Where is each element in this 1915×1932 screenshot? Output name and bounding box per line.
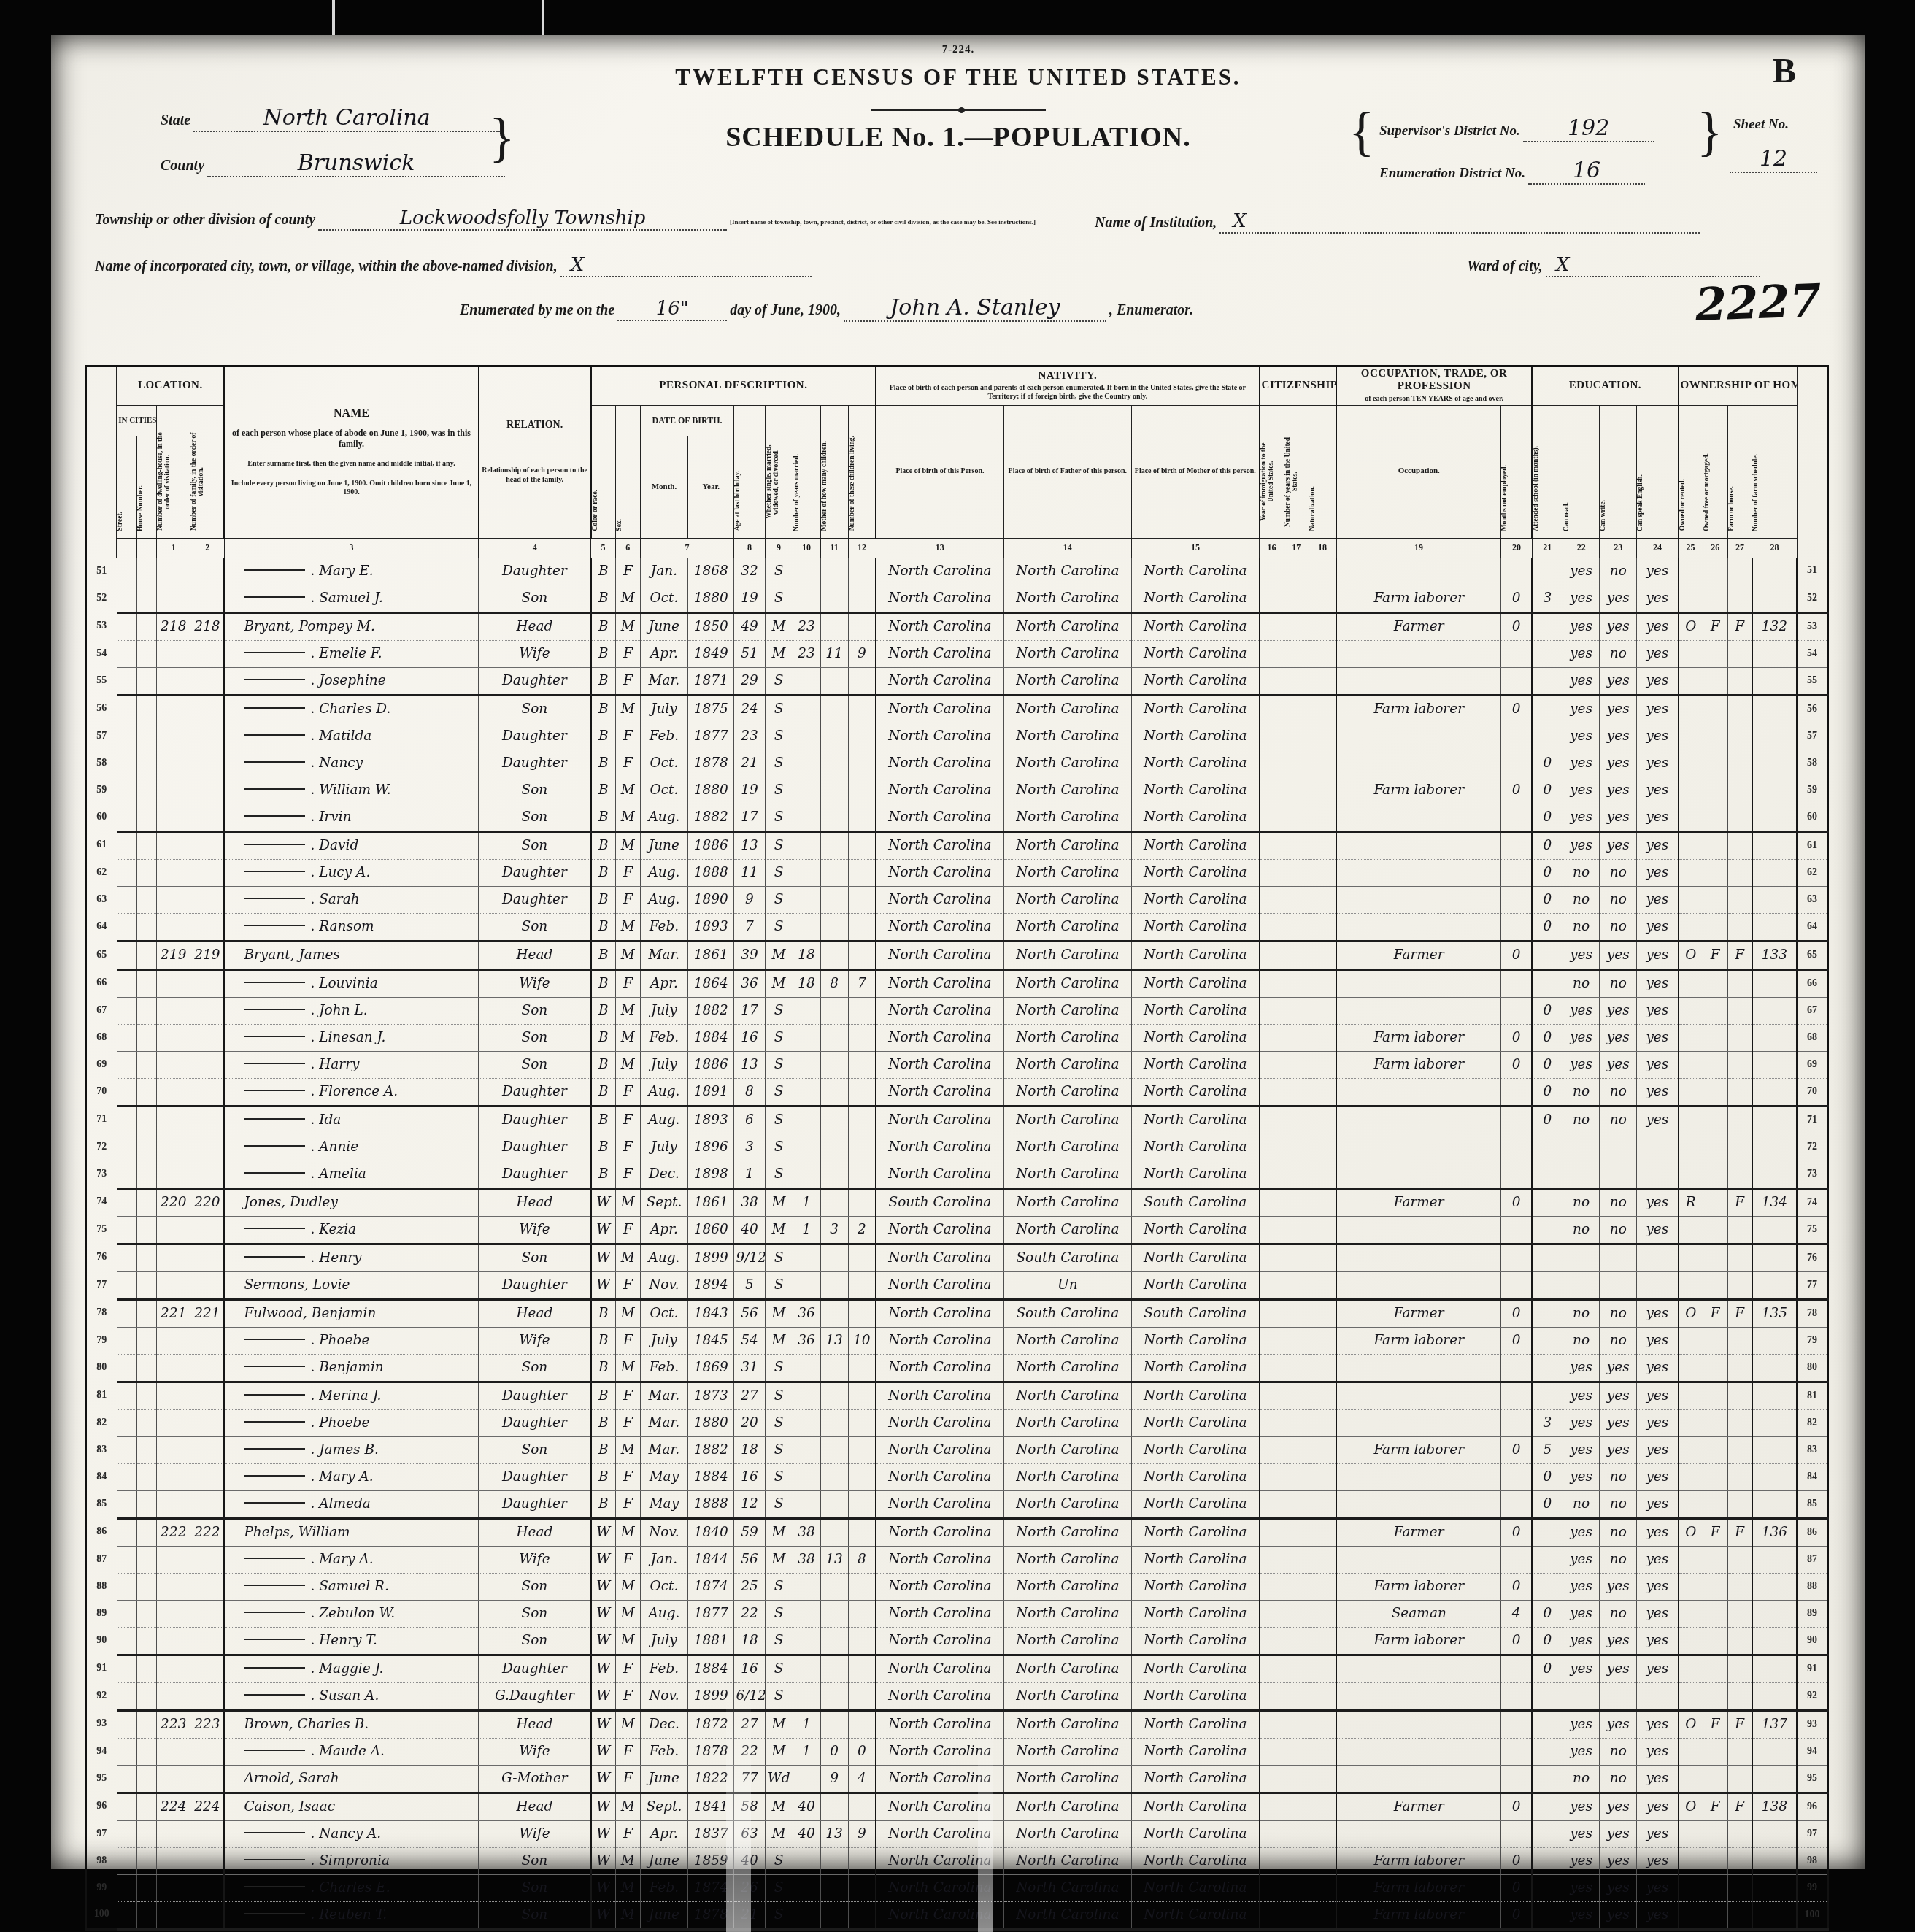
can-read: no xyxy=(1563,913,1600,941)
father-birthplace: North Carolina xyxy=(1003,585,1131,612)
supervisor-no: 192 xyxy=(1568,115,1609,141)
father-birthplace: North Carolina xyxy=(1003,1106,1131,1134)
attended-school xyxy=(1532,1793,1563,1820)
person-name: Bryant, James xyxy=(224,941,478,969)
color-race: W xyxy=(591,1682,616,1710)
mother-birthplace: North Carolina xyxy=(1131,1765,1259,1793)
line-number-right: 67 xyxy=(1797,997,1827,1024)
owned-rented: O xyxy=(1679,1793,1703,1820)
mother-of-children xyxy=(820,1078,848,1106)
birthplace: North Carolina xyxy=(876,1600,1003,1627)
line-number-left: 80 xyxy=(86,1354,117,1382)
marital-status: S xyxy=(765,1244,793,1271)
birth-month: July xyxy=(640,997,687,1024)
col-years-in-us: Number of years in the United States. xyxy=(1284,405,1309,538)
person-row: 92. Susan A.G.DaughterWFNov.18996/12SNor… xyxy=(86,1682,1828,1710)
owned-rented: O xyxy=(1679,612,1703,640)
house-number xyxy=(136,1078,156,1106)
occupation: Farm laborer xyxy=(1336,777,1501,804)
mother-birthplace: North Carolina xyxy=(1131,1244,1259,1271)
column-number xyxy=(136,538,156,558)
col-mother-of: Mother of how many children. xyxy=(820,405,848,538)
column-number: 6 xyxy=(615,538,640,558)
house-number xyxy=(136,1820,156,1847)
can-speak-english: yes xyxy=(1637,612,1679,640)
marital-status: S xyxy=(765,1382,793,1409)
family-number: 220 xyxy=(190,1188,224,1216)
dwelling-number xyxy=(157,750,190,777)
owned-rented xyxy=(1679,558,1703,585)
immigration-year xyxy=(1260,941,1284,969)
farm-or-house xyxy=(1727,1463,1752,1490)
farm-or-house: F xyxy=(1727,1518,1752,1546)
owned-rented xyxy=(1679,969,1703,997)
can-write: no xyxy=(1600,1463,1637,1490)
can-speak-english: yes xyxy=(1637,886,1679,913)
family-number xyxy=(190,1409,224,1436)
line-number-right: 60 xyxy=(1797,804,1827,831)
years-married xyxy=(793,1161,820,1188)
mother-of-children xyxy=(820,723,848,750)
owned-rented xyxy=(1679,1354,1703,1382)
sex: M xyxy=(615,1354,640,1382)
family-number xyxy=(190,558,224,585)
dwelling-number xyxy=(157,1600,190,1627)
birthplace: North Carolina xyxy=(876,640,1003,667)
age: 23 xyxy=(734,723,765,750)
years-in-us xyxy=(1284,1738,1309,1765)
children-living xyxy=(848,831,876,859)
line-number-left: 82 xyxy=(86,1409,117,1436)
father-birthplace: North Carolina xyxy=(1003,1134,1131,1161)
naturalization xyxy=(1309,1271,1336,1299)
house-number xyxy=(136,1901,156,1929)
group-relation: RELATION. Relationship of each person to… xyxy=(479,366,591,539)
father-birthplace: North Carolina xyxy=(1003,1573,1131,1600)
sex: F xyxy=(615,1106,640,1134)
owned-free-mortgaged xyxy=(1703,1820,1727,1847)
months-unemployed xyxy=(1501,1409,1532,1436)
street xyxy=(117,1490,136,1518)
can-write: yes xyxy=(1600,1409,1637,1436)
years-married xyxy=(793,558,820,585)
line-number-right: 76 xyxy=(1797,1244,1827,1271)
person-name: . Mary A. xyxy=(224,1463,478,1490)
street xyxy=(117,1546,136,1573)
years-in-us xyxy=(1284,941,1309,969)
line-number-right: 52 xyxy=(1797,585,1827,612)
person-name: . Maggie J. xyxy=(224,1655,478,1682)
group-ownership: OWNERSHIP OF HOME. xyxy=(1679,366,1798,406)
marital-status: S xyxy=(765,1490,793,1518)
line-number-right: 88 xyxy=(1797,1573,1827,1600)
can-read: yes xyxy=(1563,1820,1600,1847)
years-in-us xyxy=(1284,1546,1309,1573)
attended-school xyxy=(1532,1216,1563,1244)
person-row: 63. SarahDaughterBFAug.18909SNorth Carol… xyxy=(86,886,1828,913)
person-row: 95Arnold, SarahG-MotherWFJune182277Wd94N… xyxy=(86,1765,1828,1793)
farm-or-house xyxy=(1727,1327,1752,1354)
can-speak-english: yes xyxy=(1637,1655,1679,1682)
sex: M xyxy=(615,1710,640,1738)
house-number xyxy=(136,1327,156,1354)
can-speak-english: yes xyxy=(1637,1847,1679,1874)
continuation-dash xyxy=(244,1448,305,1450)
continuation-dash xyxy=(244,596,305,598)
sex: F xyxy=(615,1682,640,1710)
line-number-right: 98 xyxy=(1797,1847,1827,1874)
mother-birthplace: North Carolina xyxy=(1131,1490,1259,1518)
father-birthplace: North Carolina xyxy=(1003,941,1131,969)
children-living xyxy=(848,1051,876,1078)
color-race: B xyxy=(591,777,616,804)
sheet-no: 12 xyxy=(1760,146,1787,172)
person-name: . Simpronia xyxy=(224,1847,478,1874)
attended-school: 0 xyxy=(1532,1106,1563,1134)
column-number: 7 xyxy=(640,538,734,558)
father-birthplace: North Carolina xyxy=(1003,1188,1131,1216)
years-married: 40 xyxy=(793,1820,820,1847)
marital-status: S xyxy=(765,1161,793,1188)
line-number-left: 98 xyxy=(86,1847,117,1874)
relation: Daughter xyxy=(479,667,591,695)
family-number xyxy=(190,859,224,886)
marital-status: S xyxy=(765,1874,793,1901)
naturalization xyxy=(1309,1299,1336,1327)
street xyxy=(117,1436,136,1463)
county-line: County Brunswick xyxy=(161,150,505,177)
years-married xyxy=(793,859,820,886)
naturalization xyxy=(1309,1901,1336,1929)
attended-school xyxy=(1532,1327,1563,1354)
father-birthplace: North Carolina xyxy=(1003,640,1131,667)
person-name: Jones, Dudley xyxy=(224,1188,478,1216)
marital-status: S xyxy=(765,558,793,585)
months-unemployed: 4 xyxy=(1501,1600,1532,1627)
farm-schedule-number xyxy=(1752,723,1797,750)
state-value: North Carolina xyxy=(263,105,431,131)
father-birthplace: North Carolina xyxy=(1003,997,1131,1024)
relation: Daughter xyxy=(479,1409,591,1436)
can-write: yes xyxy=(1600,667,1637,695)
supervisor-line: Supervisor's District No. 192 xyxy=(1379,115,1654,142)
line-number-right: 65 xyxy=(1797,941,1827,969)
schedule-table-wrap: LOCATION. NAME of each person whose plac… xyxy=(51,365,1865,1931)
birth-year: 1880 xyxy=(688,1409,734,1436)
birth-year: 1869 xyxy=(688,1354,734,1382)
farm-schedule-number xyxy=(1752,1271,1797,1299)
dwelling-number xyxy=(157,913,190,941)
father-birthplace: North Carolina xyxy=(1003,1161,1131,1188)
immigration-year xyxy=(1260,831,1284,859)
can-read: yes xyxy=(1563,1024,1600,1051)
column-number: 12 xyxy=(848,538,876,558)
owned-free-mortgaged xyxy=(1703,1382,1727,1409)
color-race: W xyxy=(591,1874,616,1901)
person-name: Sermons, Lovie xyxy=(224,1271,478,1299)
person-row: 80. BenjaminSonBMFeb.186931SNorth Caroli… xyxy=(86,1354,1828,1382)
dwelling-number xyxy=(157,1244,190,1271)
mother-of-children xyxy=(820,1106,848,1134)
mother-birthplace: North Carolina xyxy=(1131,1874,1259,1901)
can-write: yes xyxy=(1600,1710,1637,1738)
house-number xyxy=(136,1847,156,1874)
can-speak-english: yes xyxy=(1637,1518,1679,1546)
line-number-left: 58 xyxy=(86,750,117,777)
birth-year: 1882 xyxy=(688,1436,734,1463)
birthplace: North Carolina xyxy=(876,585,1003,612)
relation: G.Daughter xyxy=(479,1682,591,1710)
person-name: . Matilda xyxy=(224,723,478,750)
years-married xyxy=(793,750,820,777)
col-naturalization: Naturalization. xyxy=(1309,405,1336,538)
years-married xyxy=(793,1134,820,1161)
birth-month: Oct. xyxy=(640,750,687,777)
years-in-us xyxy=(1284,1518,1309,1546)
birth-year: 1861 xyxy=(688,941,734,969)
age: 17 xyxy=(734,997,765,1024)
line-number-right: 58 xyxy=(1797,750,1827,777)
mother-of-children: 8 xyxy=(820,969,848,997)
children-living xyxy=(848,1409,876,1436)
owned-free-mortgaged xyxy=(1703,1463,1727,1490)
relation: Daughter xyxy=(479,1490,591,1518)
farm-or-house xyxy=(1727,1682,1752,1710)
house-number xyxy=(136,723,156,750)
col-farm-or-house: Farm or house. xyxy=(1727,405,1752,538)
mother-birthplace: North Carolina xyxy=(1131,1161,1259,1188)
birth-year: 1882 xyxy=(688,804,734,831)
birth-year: 1884 xyxy=(688,1024,734,1051)
months-unemployed xyxy=(1501,1382,1532,1409)
birthplace: North Carolina xyxy=(876,1327,1003,1354)
color-race: B xyxy=(591,558,616,585)
marital-status: M xyxy=(765,1738,793,1765)
family-number: 223 xyxy=(190,1710,224,1738)
column-number: 28 xyxy=(1752,538,1797,558)
dwelling-number xyxy=(157,804,190,831)
occupation: Farmer xyxy=(1336,1518,1501,1546)
immigration-year xyxy=(1260,1490,1284,1518)
attended-school: 0 xyxy=(1532,1655,1563,1682)
birth-month: Feb. xyxy=(640,913,687,941)
color-race: W xyxy=(591,1820,616,1847)
mother-of-children xyxy=(820,1271,848,1299)
col-years-married: Number of years married. xyxy=(793,405,820,538)
farm-schedule-number xyxy=(1752,1901,1797,1929)
mother-of-children: 13 xyxy=(820,1820,848,1847)
street xyxy=(117,913,136,941)
street xyxy=(117,640,136,667)
can-speak-english: yes xyxy=(1637,969,1679,997)
mother-of-children: 11 xyxy=(820,640,848,667)
immigration-year xyxy=(1260,997,1284,1024)
naturalization xyxy=(1309,1354,1336,1382)
color-race: B xyxy=(591,1134,616,1161)
immigration-year xyxy=(1260,1271,1284,1299)
can-speak-english: yes xyxy=(1637,913,1679,941)
years-in-us xyxy=(1284,667,1309,695)
birthplace: North Carolina xyxy=(876,1078,1003,1106)
family-number xyxy=(190,1024,224,1051)
can-speak-english: yes xyxy=(1637,1710,1679,1738)
owned-rented xyxy=(1679,1106,1703,1134)
farm-schedule-number: 132 xyxy=(1752,612,1797,640)
owned-free-mortgaged xyxy=(1703,997,1727,1024)
row-number-col-left xyxy=(86,366,117,558)
house-number xyxy=(136,1600,156,1627)
children-living xyxy=(848,777,876,804)
birth-year: 1822 xyxy=(688,1765,734,1793)
relation: Son xyxy=(479,1627,591,1655)
sheet-label: Sheet No. xyxy=(1733,117,1789,133)
color-race: B xyxy=(591,997,616,1024)
line-number-left: 91 xyxy=(86,1655,117,1682)
age: 7 xyxy=(734,913,765,941)
line-number-right: 61 xyxy=(1797,831,1827,859)
color-race: B xyxy=(591,640,616,667)
birthplace: North Carolina xyxy=(876,941,1003,969)
farm-schedule-number xyxy=(1752,1738,1797,1765)
can-speak-english: yes xyxy=(1637,1106,1679,1134)
continuation-dash xyxy=(244,652,305,653)
sex: M xyxy=(615,777,640,804)
years-in-us xyxy=(1284,1244,1309,1271)
relation: Head xyxy=(479,1299,591,1327)
mother-of-children xyxy=(820,750,848,777)
naturalization xyxy=(1309,723,1336,750)
person-name: . Phoebe xyxy=(224,1409,478,1436)
birthplace: North Carolina xyxy=(876,969,1003,997)
sex: M xyxy=(615,1024,640,1051)
house-number xyxy=(136,1271,156,1299)
relation: Son xyxy=(479,585,591,612)
col-pob-person: Place of birth of this Person. xyxy=(876,405,1003,538)
children-living xyxy=(848,1134,876,1161)
birth-month: June xyxy=(640,1901,687,1929)
mother-birthplace: North Carolina xyxy=(1131,1820,1259,1847)
can-read: no xyxy=(1563,1078,1600,1106)
years-in-us xyxy=(1284,1078,1309,1106)
farm-schedule-number xyxy=(1752,695,1797,723)
father-birthplace: South Carolina xyxy=(1003,1244,1131,1271)
person-row: 51. Mary E.DaughterBFJan.186832SNorth Ca… xyxy=(86,558,1828,585)
continuation-dash xyxy=(244,734,305,736)
birth-year: 1881 xyxy=(688,1627,734,1655)
person-name: . Ida xyxy=(224,1106,478,1134)
person-row: 77Sermons, LovieDaughterWFNov.18945SNort… xyxy=(86,1271,1828,1299)
months-unemployed xyxy=(1501,1463,1532,1490)
mother-birthplace: North Carolina xyxy=(1131,1682,1259,1710)
immigration-year xyxy=(1260,1682,1284,1710)
attended-school: 5 xyxy=(1532,1436,1563,1463)
dwelling-number xyxy=(157,1216,190,1244)
sex: F xyxy=(615,1382,640,1409)
color-race: B xyxy=(591,1078,616,1106)
can-write: no xyxy=(1600,1188,1637,1216)
mother-birthplace: South Carolina xyxy=(1131,1299,1259,1327)
person-row: 93223223Brown, Charles B.HeadWMDec.18722… xyxy=(86,1710,1828,1738)
mother-of-children xyxy=(820,1682,848,1710)
years-married xyxy=(793,1409,820,1436)
birth-year: 1890 xyxy=(688,886,734,913)
naturalization xyxy=(1309,695,1336,723)
owned-free-mortgaged xyxy=(1703,640,1727,667)
continuation-dash xyxy=(244,1036,305,1037)
farm-schedule-number xyxy=(1752,997,1797,1024)
years-married xyxy=(793,1024,820,1051)
children-living xyxy=(848,1573,876,1600)
farm-or-house xyxy=(1727,969,1752,997)
farm-or-house xyxy=(1727,1216,1752,1244)
occupation: Farm laborer xyxy=(1336,1327,1501,1354)
family-number xyxy=(190,1463,224,1490)
state-label: State xyxy=(161,112,190,128)
birth-month: Apr. xyxy=(640,1820,687,1847)
mother-birthplace: North Carolina xyxy=(1131,1546,1259,1573)
owned-free-mortgaged xyxy=(1703,558,1727,585)
line-number-right: 72 xyxy=(1797,1134,1827,1161)
farm-or-house xyxy=(1727,1820,1752,1847)
can-speak-english xyxy=(1637,1271,1679,1299)
owned-rented xyxy=(1679,1024,1703,1051)
dwelling-number xyxy=(157,723,190,750)
farm-or-house: F xyxy=(1727,1188,1752,1216)
owned-free-mortgaged: F xyxy=(1703,1793,1727,1820)
owned-free-mortgaged xyxy=(1703,1847,1727,1874)
relation: Daughter xyxy=(479,1655,591,1682)
can-read: yes xyxy=(1563,1573,1600,1600)
farm-schedule-number xyxy=(1752,1490,1797,1518)
relation: Wife xyxy=(479,640,591,667)
months-unemployed: 0 xyxy=(1501,1188,1532,1216)
naturalization xyxy=(1309,1627,1336,1655)
line-number-right: 80 xyxy=(1797,1354,1827,1382)
can-write: no xyxy=(1600,1327,1637,1354)
line-number-right: 95 xyxy=(1797,1765,1827,1793)
owned-rented xyxy=(1679,1490,1703,1518)
naturalization xyxy=(1309,640,1336,667)
mother-of-children xyxy=(820,941,848,969)
months-unemployed: 0 xyxy=(1501,941,1532,969)
mother-of-children xyxy=(820,1161,848,1188)
dwelling-number xyxy=(157,1436,190,1463)
person-name: . Mary E. xyxy=(224,558,478,585)
marital-status: S xyxy=(765,1682,793,1710)
birthplace: North Carolina xyxy=(876,831,1003,859)
person-row: 89. Zebulon W.SonWMAug.187722SNorth Caro… xyxy=(86,1600,1828,1627)
marital-status: S xyxy=(765,1354,793,1382)
can-speak-english: yes xyxy=(1637,1216,1679,1244)
owned-free-mortgaged xyxy=(1703,831,1727,859)
months-unemployed xyxy=(1501,1354,1532,1382)
father-birthplace: North Carolina xyxy=(1003,1436,1131,1463)
age: 40 xyxy=(734,1847,765,1874)
family-number xyxy=(190,667,224,695)
house-number xyxy=(136,1244,156,1271)
street xyxy=(117,941,136,969)
street xyxy=(117,1738,136,1765)
farm-or-house xyxy=(1727,1134,1752,1161)
immigration-year xyxy=(1260,1354,1284,1382)
children-living: 9 xyxy=(848,1820,876,1847)
can-write: no xyxy=(1600,969,1637,997)
mother-of-children xyxy=(820,1901,848,1929)
naturalization xyxy=(1309,1463,1336,1490)
occupation: Farmer xyxy=(1336,612,1501,640)
can-write: yes xyxy=(1600,777,1637,804)
age: 18 xyxy=(734,1627,765,1655)
